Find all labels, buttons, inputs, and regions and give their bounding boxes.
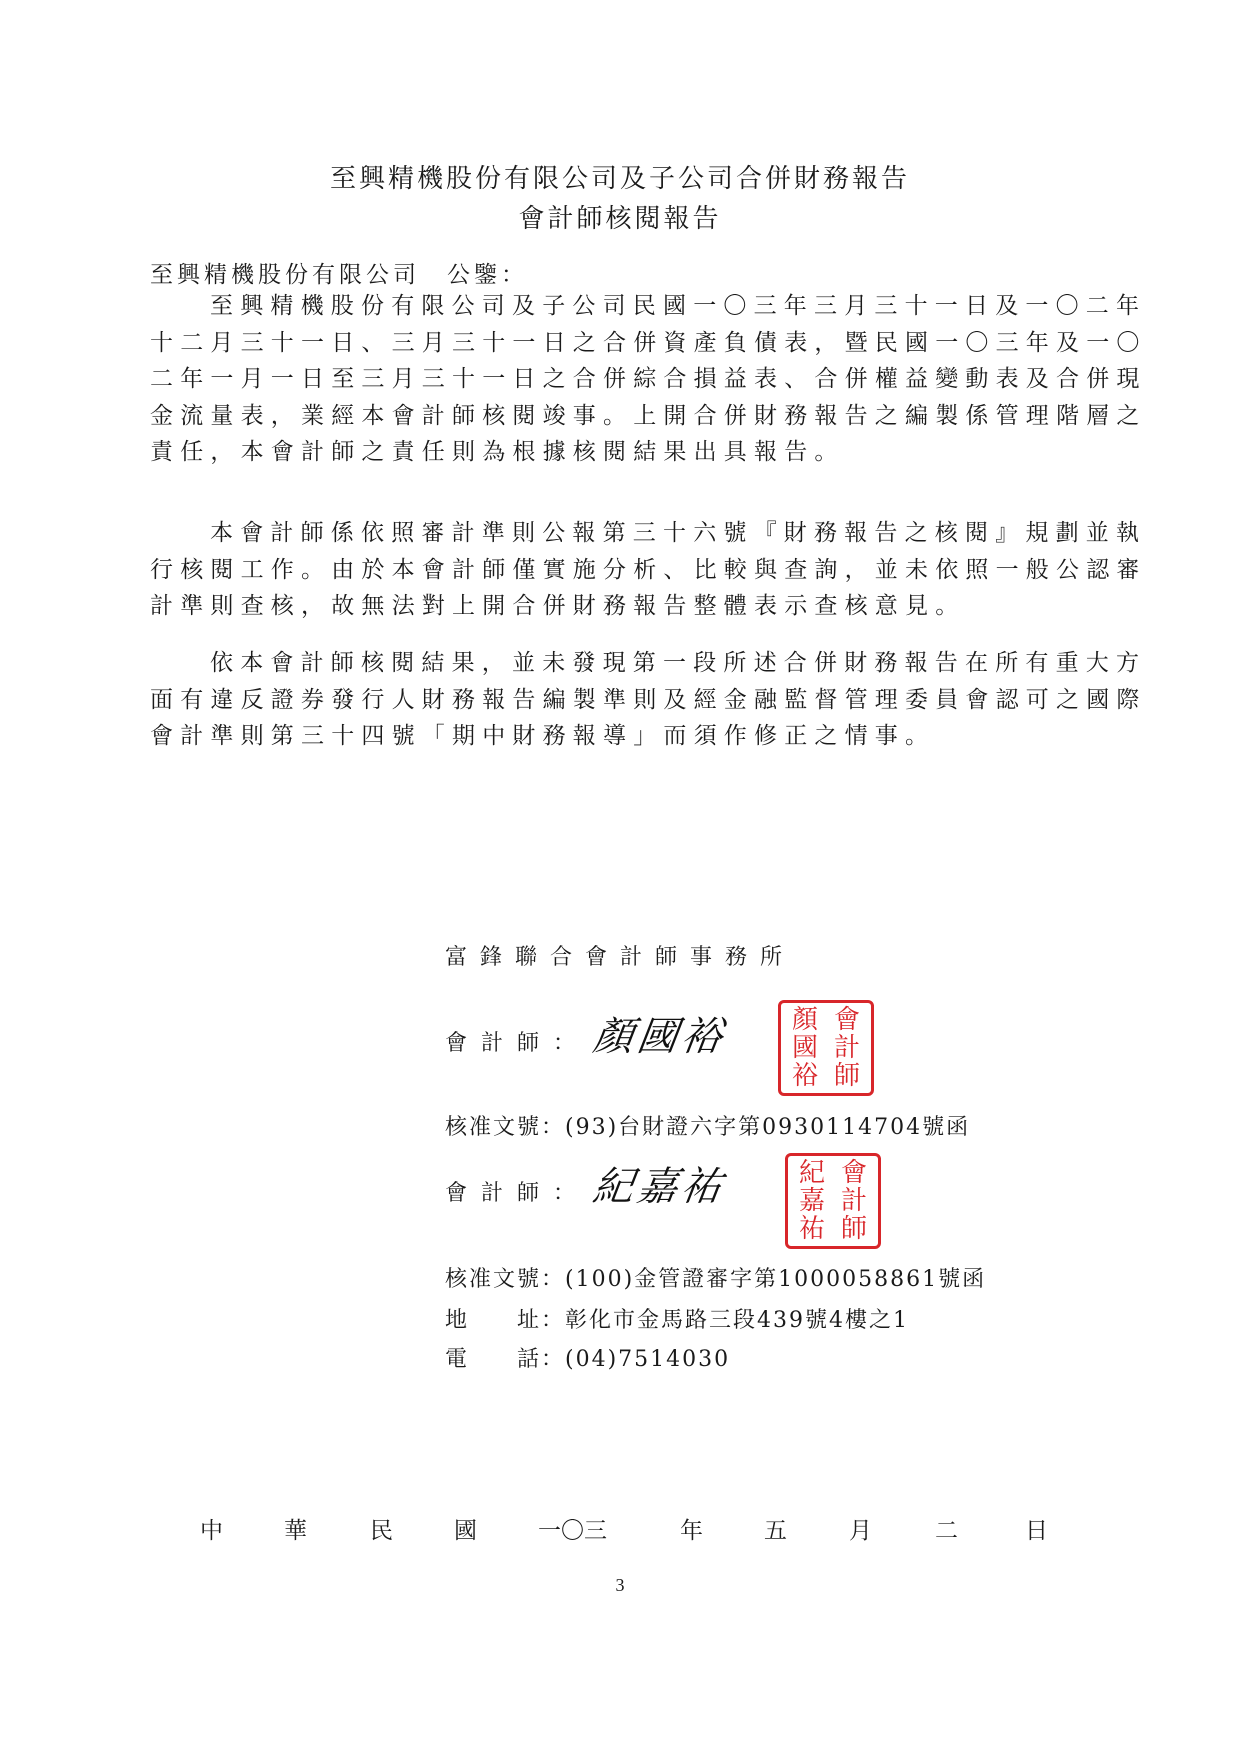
seal-char: 計 — [834, 1035, 860, 1061]
paragraph-line: 至興精機股份有限公司及子公司民國一〇三年三月三十一日及一〇二年 — [150, 288, 1090, 325]
phone-value: (04)7514030 — [565, 1347, 730, 1372]
date-part: 民 — [370, 1512, 393, 1545]
date-part: 月 — [849, 1512, 872, 1545]
paragraph-basis: 本會計師係依照審計準則公報第三十六號『財務報告之核閱』規劃並執 行核閱工作。由於… — [150, 515, 1090, 625]
date-part: 華 — [284, 1512, 307, 1545]
paragraph-line: 依本會計師核閱結果，並未發現第一段所述合併財務報告在所有重大方 — [150, 645, 1090, 682]
paragraph-line: 責任，本會計師之責任則為根據核閱結果出具報告。 — [150, 434, 1090, 471]
accountant-label: 會計師： — [445, 1031, 589, 1056]
paragraph-line: 行核閱工作。由於本會計師僅實施分析、比較與查詢，並未依照一般公認審 — [150, 552, 1090, 589]
address-value: 彰化市金馬路三段439號4樓之1 — [565, 1308, 909, 1333]
accountant-label: 會計師： — [445, 1181, 589, 1206]
seal-char: 會 — [834, 1007, 860, 1033]
approval-number: (93)台財證六字第0930114704號函 — [565, 1115, 970, 1140]
signature-1: 顏國裕 — [590, 1005, 730, 1062]
seal-char: 國 — [792, 1035, 818, 1061]
paragraph-line: 面有違反證券發行人財務報告編製準則及經金融監督管理委員會認可之國際 — [150, 682, 1090, 719]
paragraph-line: 二年一月一日至三月三十一日之合併綜合損益表、合併權益變動表及合併現 — [150, 361, 1090, 398]
seal-char: 計 — [841, 1188, 867, 1214]
paragraph-line: 會計準則第三十四號「期中財務報導」而須作修正之情事。 — [150, 718, 1090, 755]
addressee: 至興精機股份有限公司 公鑒： — [150, 256, 528, 289]
seal-char: 裕 — [792, 1063, 818, 1089]
date-part: 年 — [680, 1512, 703, 1545]
accountant-1-row: 會計師： 顏國裕 — [445, 1005, 726, 1062]
seal-stamp-1: 顏 國 裕 會 計 師 — [778, 1000, 874, 1096]
paragraph-line: 計準則查核，故無法對上開合併財務報告整體表示查核意見。 — [150, 588, 1090, 625]
report-title: 至興精機股份有限公司及子公司合併財務報告 — [0, 158, 1240, 195]
address-label: 地 址： — [445, 1308, 565, 1333]
address-row: 地 址：彰化市金馬路三段439號4樓之1 — [445, 1303, 909, 1334]
seal-char: 祐 — [799, 1216, 825, 1242]
seal-char: 嘉 — [799, 1188, 825, 1214]
page-number: 3 — [0, 1575, 1240, 1596]
seal-char: 師 — [834, 1063, 860, 1089]
seal-char: 師 — [841, 1216, 867, 1242]
seal-char: 顏 — [792, 1007, 818, 1033]
date-part: 二 — [935, 1512, 958, 1545]
seal-stamp-2: 紀 嘉 祐 會 計 師 — [785, 1153, 881, 1249]
accountant-2-row: 會計師： 紀嘉祐 — [445, 1155, 726, 1212]
seal-char: 會 — [841, 1160, 867, 1186]
paragraph-line: 金流量表，業經本會計師核閱竣事。上開合併財務報告之編製係管理階層之 — [150, 398, 1090, 435]
firm-name: 富鋒聯合會計師事務所 — [445, 940, 795, 971]
paragraph-conclusion: 依本會計師核閱結果，並未發現第一段所述合併財務報告在所有重大方 面有違反證券發行… — [150, 645, 1090, 755]
approval-row-1: 核准文號：(93)台財證六字第0930114704號函 — [445, 1110, 970, 1141]
phone-row: 電 話：(04)7514030 — [445, 1342, 730, 1373]
approval-label: 核准文號： — [445, 1115, 565, 1140]
date-part: 日 — [1025, 1512, 1048, 1545]
date-part: 國 — [454, 1512, 477, 1545]
report-subtitle: 會計師核閱報告 — [0, 198, 1240, 235]
date-part: 中 — [200, 1512, 223, 1545]
date-part: 一〇三 — [538, 1512, 607, 1545]
phone-label: 電 話： — [445, 1347, 565, 1372]
approval-row-2: 核准文號：(100)金管證審字第1000058861號函 — [445, 1262, 986, 1293]
approval-label: 核准文號： — [445, 1267, 565, 1292]
paragraph-scope: 至興精機股份有限公司及子公司民國一〇三年三月三十一日及一〇二年 十二月三十一日、… — [150, 288, 1090, 471]
signature-2: 紀嘉祐 — [590, 1155, 730, 1212]
approval-number: (100)金管證審字第1000058861號函 — [565, 1267, 986, 1292]
paragraph-line: 本會計師係依照審計準則公報第三十六號『財務報告之核閱』規劃並執 — [150, 515, 1090, 552]
seal-char: 紀 — [799, 1160, 825, 1186]
paragraph-line: 十二月三十一日、三月三十一日之合併資產負債表，暨民國一〇三年及一〇 — [150, 325, 1090, 362]
date-part: 五 — [764, 1512, 787, 1545]
